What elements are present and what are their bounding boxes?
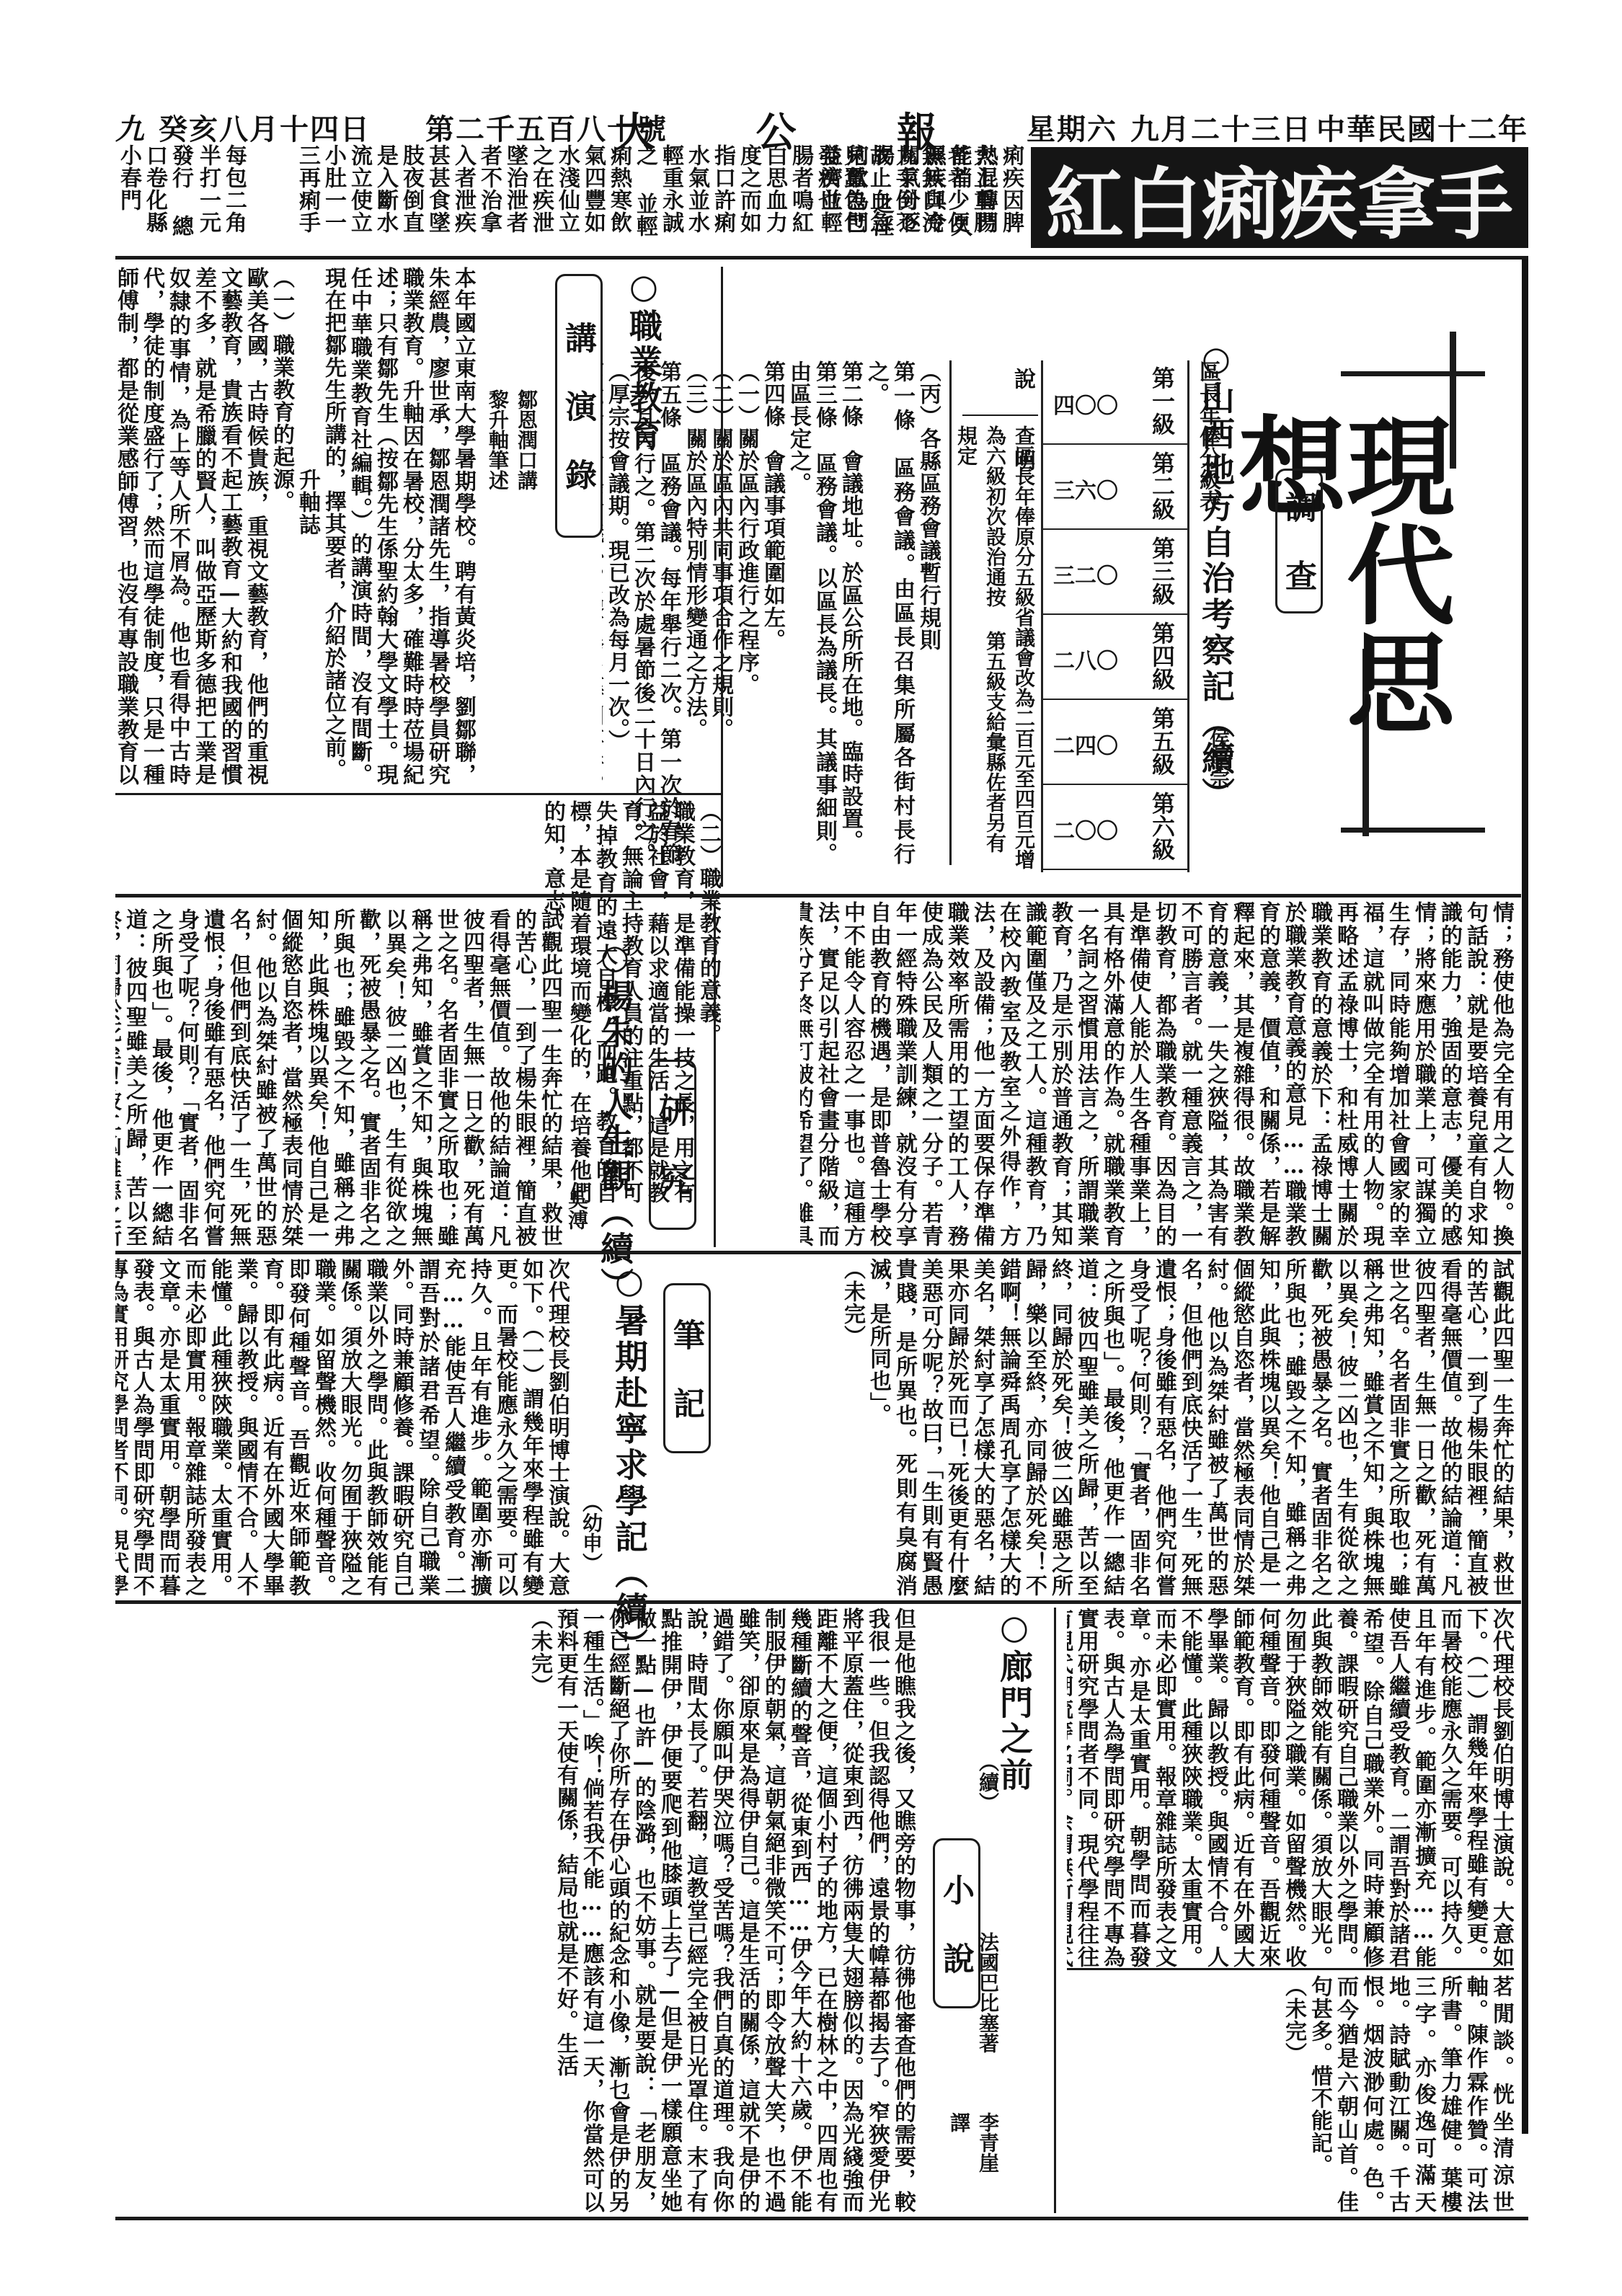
rule-band-1 [115, 894, 1521, 897]
vocational-heading-2: （二）職業教育的意義。 [695, 800, 721, 1204]
summer-study-continued-text: 次代理校長劉伯明博士演說。大意如下。（一）謂幾年來學程雖有變更。而暑校能應永久之… [1067, 1608, 1514, 1968]
yangzhu-end-mark: （未完） [839, 1258, 865, 1597]
vocational-recorder: 黎升軸筆述 [483, 389, 512, 490]
novel-original-author: 法國巴比塞著 [973, 1932, 1002, 2053]
rule-band-3 [115, 1600, 1521, 1604]
vocational-heading-1: （一）職業教育的起源。 [268, 267, 294, 786]
rule-under-ad [115, 256, 1528, 260]
salary-table-row: 第五級二四〇 [1043, 701, 1187, 785]
vocational-speaker: 鄒恩潤口講 [512, 389, 541, 490]
salary-table-row: 第三級三二〇 [1043, 531, 1187, 615]
shanxi-author: 侯厚宗 [1204, 728, 1233, 789]
salary-table-row: 第四級二八〇 [1043, 616, 1187, 700]
section-label-text: 調 查 [1275, 491, 1321, 591]
novel-continued: （續） [973, 1752, 1002, 1812]
salary-grade: 第四級 [1145, 621, 1179, 691]
vocational-title: ○職業教育 [620, 267, 668, 453]
salary-amount: 二〇〇 [1053, 813, 1118, 845]
vocational-signature: 升軸誌 [294, 267, 320, 786]
salary-amount: 三六〇 [1053, 473, 1118, 505]
salary-note: 說 明 查區長年俸原分五級省議會改為二百元至四百元增為六級初次設治通按 第五級支… [962, 360, 1038, 872]
novel-end-mark: （未完） [526, 1608, 552, 2213]
salary-note-text: 查區長年俸原分五級省議會改為二百元至四百元增為六級初次設治通按 第五級支給彙縣佐… [952, 425, 1038, 872]
yangzhu-continued-text: 試觀此四聖一生奔忙的結果，救世的苦心，一到了楊朱眼裡，簡直被看得毫無價值。故他的… [865, 1258, 1514, 1597]
column-title-block: 現代思想 [1341, 303, 1485, 836]
vocational-intro: 本年國立東南大學暑期學校。聘有黃炎培，劉鄒聯，朱經農，廖世承，鄒恩潤諸先生，指導… [115, 267, 476, 786]
salary-table: 區長年俸分級表 第一級四〇〇第二級三六〇第三級三二〇第四級二八〇第五級二四〇第六… [1041, 360, 1189, 872]
summer-study-body: 次代理校長劉伯明博士演說。大意如下。（一）謂幾年來學程雖有變更。而暑校能應永久之… [115, 1258, 570, 1597]
rules-heading: （丙）各縣區務會議暫行規則 [915, 360, 941, 865]
salary-table-row: 第二級三六〇 [1043, 446, 1187, 530]
notes-label-text: 筆 記 [662, 1318, 709, 1419]
ad-price: 每包二角 半打一元 [195, 144, 247, 252]
rule-poem [1067, 1968, 1514, 1970]
poem-notes-text: 茗閒談。恍坐清涼世軸。陳作霖作贊。可法所書。筆力雄健。葉樓三字。亦俊逸可滿天地。… [1306, 1975, 1514, 2213]
section-label-lecture: 講 演 錄 [555, 274, 603, 538]
section-label-research: 研 究 [649, 1060, 696, 1230]
yangzhu-title-text: ○楊朱的人生觀 [595, 937, 634, 1195]
summer-study-title-text: ○暑期赴寧求學記 [610, 1262, 649, 1556]
research-label-text: 研 究 [648, 1095, 694, 1195]
rule-vocational [115, 793, 721, 795]
salary-table-row: 第一級四〇〇 [1043, 360, 1187, 445]
rule-clause: 第四條 會議事項範圍如左。 [759, 360, 785, 865]
novel-text: 但是他瞧我之後，又瞧旁的物事，彷彿他審查他們的需要，較我很一些。但我認得他們，遠… [552, 1608, 916, 2213]
issue-number: 第二千五百八十號 [425, 107, 668, 148]
salary-table-title: 區長年俸分級表 [1192, 360, 1223, 512]
yangzhu-author: 吳溥 [562, 1189, 591, 1230]
rule-clause: （二）關於區內共同事項合作之規則。 [707, 360, 733, 865]
right-border [1522, 260, 1528, 2134]
salary-amount: 二四〇 [1053, 728, 1118, 760]
page-number: 九 [115, 107, 146, 148]
novel-translator: 李青崖譯 [944, 2112, 1002, 2184]
summer-study-author: （幼申） [577, 1492, 606, 1573]
poem-notes: 茗閒談。恍坐清涼世軸。陳作霖作贊。可法所書。筆力雄健。葉樓三字。亦俊逸可滿天地。… [1067, 1975, 1514, 2213]
yangzhu-title: ○楊朱的人生觀（續） [591, 937, 639, 1303]
column-title: 現代思想 [1229, 411, 1445, 836]
note-rule [962, 415, 1038, 416]
vocational-continued-text: 情；務使他為完全有用之人物。換句話說：就是要培養兒童有自求知識的能力，強固的意志… [800, 901, 1514, 1247]
novel-label-text: 小 說 [932, 1874, 978, 1974]
salary-grade: 第一級 [1145, 366, 1179, 435]
yangzhu-body: 試觀此四聖一生奔忙的結果，救世的苦心，一到了楊朱眼裡，簡直被看得毫無價值。故他的… [115, 908, 562, 1247]
vocational-intro-text: 本年國立東南大學暑期學校。聘有黃炎培，劉鄒聯，朱經農，廖世承，鄒恩潤諸先生，指導… [320, 267, 476, 786]
rule-band-2 [115, 1251, 1521, 1254]
salary-grade: 第六級 [1145, 792, 1179, 861]
salary-grade: 第二級 [1145, 451, 1179, 520]
lecture-label-text: 講 演 錄 [554, 322, 601, 490]
poem-notes-end: （未完） [1280, 1975, 1306, 2213]
salary-amount: 四〇〇 [1053, 388, 1118, 420]
rule-clause: 第一條 區務會議。由區長召集所屬各街村長行之。 [863, 360, 915, 865]
advertisement-strip: 紅白痢疾拿手 痢疾因脾熱混轉門能消 久濕疾與令關氣分逐腸 之淫痢飲為門益濟並輕 … [115, 144, 1528, 252]
ad-banner: 紅白痢疾拿手 [1031, 147, 1528, 248]
rule-clause: （三）關於區內特別情形變通之方法。 [681, 360, 707, 865]
salary-grade: 第五級 [1145, 706, 1179, 776]
ad-copy-main: 大上重腸者者少便無無口流九手倒不故止血急兒蠶包包發疾也 腸者鳴紅白思血力度之而如… [274, 144, 995, 252]
rule-clause: 第二條 會議地址。於區公所所在地。臨時設置。 [837, 360, 863, 865]
divider-top-left [721, 267, 723, 887]
vocational-continued: 情；務使他為完全有用之人物。換句話說：就是要培養兒童有自求知識的能力，強固的意志… [800, 901, 1514, 1247]
newspaper-page: 中華民國十二年 九月二十三日 星期六 大 公 報 第二千五百八十號 癸亥八月十四… [115, 101, 1528, 2184]
divider-shanxi [949, 360, 952, 865]
lunar-date: 癸亥八月十四日 [159, 107, 371, 148]
ad-banner-text: 紅白痢疾拿手 [1046, 142, 1513, 254]
salary-amount: 三二〇 [1053, 558, 1118, 590]
title-rule-top [1341, 371, 1485, 376]
section-label-notes: 筆 記 [663, 1283, 711, 1453]
divider-middle [714, 901, 716, 1247]
salary-table-row: 第六級二〇〇 [1043, 786, 1187, 870]
yangzhu-continued: 試觀此四聖一生奔忙的結果，救世的苦心，一到了楊朱眼裡，簡直被看得毫無價值。故他的… [750, 1258, 1514, 1597]
salary-grade: 第三級 [1145, 536, 1179, 606]
summer-study-continued: 次代理校長劉伯明博士演說。大意如下。（一）謂幾年來學程雖有變更。而暑校能應永久之… [1067, 1608, 1514, 1968]
ad-seller: 發行 總口卷化縣 小春門 [115, 144, 193, 252]
rule-clause: （一）關於區內行政進行之程序。 [733, 360, 759, 865]
masthead-header: 中華民國十二年 九月二十三日 星期六 大 公 報 第二千五百八十號 癸亥八月十四… [115, 101, 1528, 144]
section-label-survey: 調 查 [1275, 469, 1323, 613]
rule-bottom [115, 2217, 1528, 2220]
salary-amount: 二八〇 [1053, 643, 1118, 675]
summer-study-text: 次代理校長劉伯明博士演說。大意如下。（一）謂幾年來學程雖有變更。而暑校能應永久之… [115, 1258, 570, 1597]
rule-clause: 第三條 區務會議。以區長為議長。其議事細則。由區長定之。 [785, 360, 837, 865]
novel-body: 但是他瞧我之後，又瞧旁的物事，彷彿他審查他們的需要，較我很一些。但我認得他們，遠… [115, 1608, 916, 2213]
yangzhu-text: 試觀此四聖一生奔忙的結果，救世的苦心，一到了楊朱眼裡，簡直被看得毫無價值。故他的… [115, 908, 562, 1247]
vocational-para-1: 歐美各國，古時候貴族，重視文藝教育，他們的重視文藝教育，貴族看不起工藝教育—大約… [115, 267, 268, 786]
divider-bottom [1054, 1608, 1056, 2213]
